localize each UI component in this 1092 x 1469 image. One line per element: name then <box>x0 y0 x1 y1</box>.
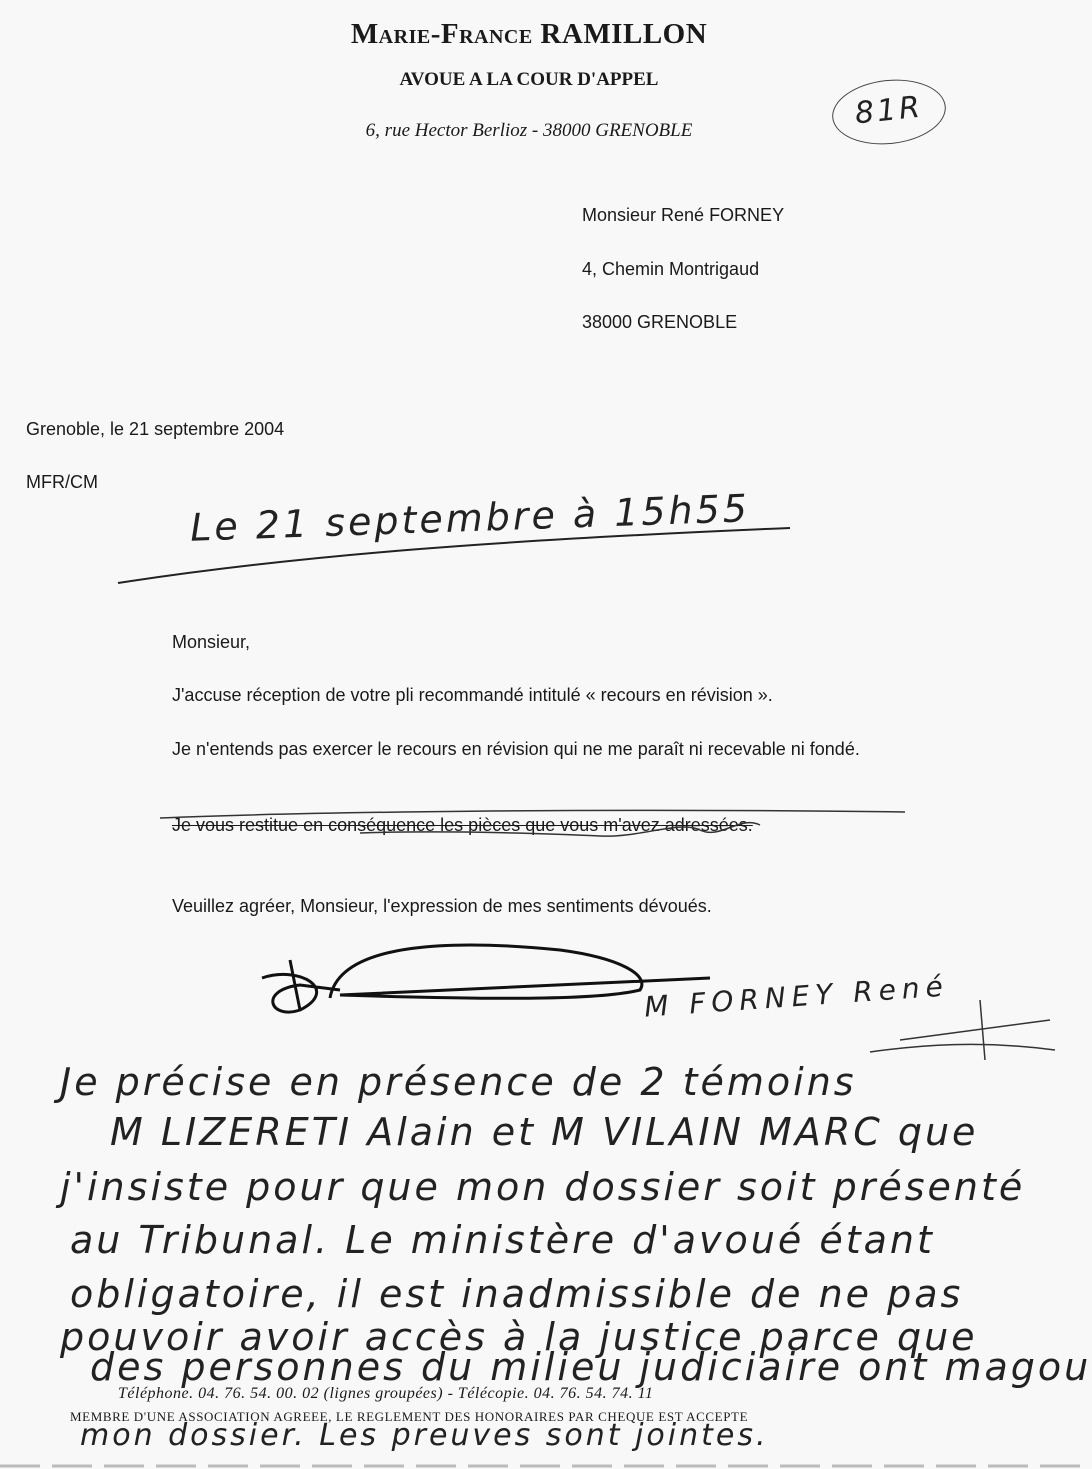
signature-scribble <box>870 1000 1055 1060</box>
handwritten-underline <box>118 528 790 583</box>
signature <box>262 945 710 1012</box>
strike-scribble <box>160 810 905 836</box>
ink-strokes <box>0 0 1092 1469</box>
